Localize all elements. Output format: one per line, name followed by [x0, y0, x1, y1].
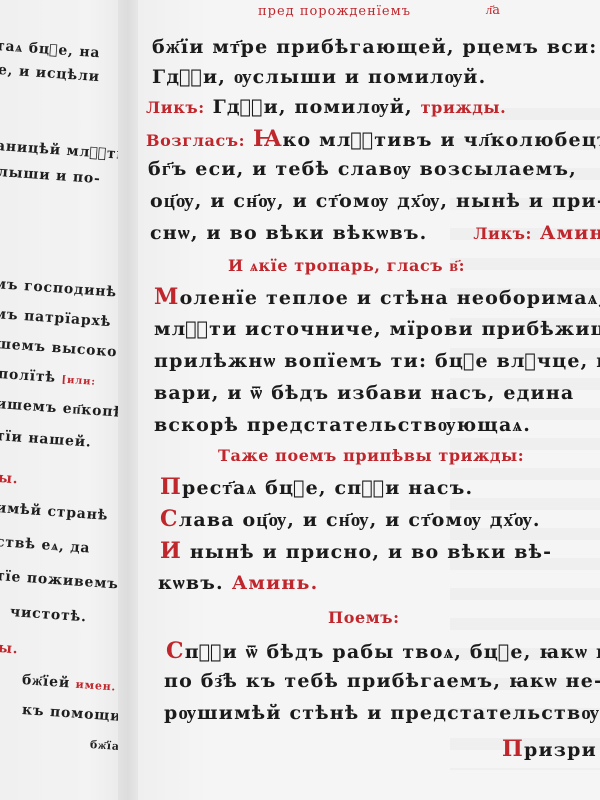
text-line: Слава оц҃ѹ, и сн҃ѹ, и ст҃омѹ дх҃ѹ.	[160, 506, 541, 532]
left-line: бж҃їей имен.	[21, 672, 116, 696]
page-number: л҃а	[486, 2, 500, 18]
left-line: ствѣ еѧ, да	[0, 534, 91, 558]
left-catchword: бж҃їа	[90, 738, 121, 753]
running-head: пред порожденїемъ	[258, 4, 411, 19]
left-rubric: ы.	[0, 470, 19, 487]
left-line: мъ господинѣ	[0, 276, 117, 301]
left-line: ишемъ еп҃копѣ]	[0, 396, 128, 422]
text-line: Моленїе теплое и стѣна необоримаѧ,	[154, 284, 600, 310]
rubric-line: Ликъ: Гдⷭ҇и, помилѹй, Гдⷭ҇и, помилѹй, тр…	[146, 96, 506, 119]
left-line: аницѣй млⷭ҇ти	[0, 138, 128, 163]
drop-initial: С	[160, 506, 179, 532]
left-line: лыши и по-	[0, 164, 101, 187]
drop-initial: П	[160, 474, 182, 500]
rubric-label: Возгласъ:	[146, 131, 245, 150]
text-line: оц҃ѹ, и сн҃ѹ, и ст҃омѹ дх҃ѹ, нынѣ и при-	[150, 190, 600, 213]
rubric-heading: Поемъ:	[328, 606, 400, 628]
left-line: имѣй странѣ	[0, 500, 109, 524]
drop-initial: И	[160, 538, 182, 564]
text-line: рѹшимѣй стѣнѣ и предстательствѹ.	[164, 702, 600, 725]
left-line: мъ патрїархѣ	[0, 306, 112, 330]
book-spread: таѧ бцⷣе, на е, и исцѣли аницѣй млⷭ҇ти л…	[0, 0, 600, 800]
left-line: шемъ высоко-	[0, 336, 124, 361]
text-line: Спⷭ҇и ѿ бѣдъ рабы твоѧ, бцⷣе, ꙗкѡ вси	[166, 638, 600, 664]
rubric-heading: Таже поемъ припѣвы трижды:	[218, 444, 524, 466]
text-line: кѡвъ. Аминь.	[158, 572, 318, 595]
rubric-heading: И ѧкїе тропарь, гласъ в҃:	[228, 254, 465, 276]
left-line: таѧ бцⷣе, на	[0, 38, 101, 62]
text-line: по бз҃ѣ къ тебѣ прибѣгаемъ, ꙗкѡ не-	[164, 670, 600, 693]
left-line: тїе поживемъ	[0, 568, 119, 593]
text-line: бж҃їи мт҃ре прибѣгающей, рцемъ вси:	[152, 36, 598, 59]
catchword: Призри	[502, 736, 597, 762]
left-page: таѧ бцⷣе, на е, и исцѣли аницѣй млⷭ҇ти л…	[0, 0, 128, 800]
text-line: млⷭ҇ти источниче, мїрови прибѣжище,	[154, 318, 600, 340]
text-line: вскорѣ предстательствѹющаѧ.	[154, 414, 531, 437]
left-line: тїи нашей.	[0, 428, 92, 451]
right-page: пред порожденїемъ л҃а бж҃їи мт҃ре прибѣг…	[138, 0, 600, 800]
left-line: е, и исцѣли	[0, 62, 100, 85]
text-line: вари, и ѿ бѣдъ избави насъ, едина	[154, 382, 574, 405]
drop-initial: П	[502, 736, 524, 762]
text-line: бг҃ъ еси, и тебѣ славѹ возсылаемъ,	[148, 158, 577, 181]
text-line: Возгласъ: Ꙗко млⷭ҇тивъ и чл҃колюбецъ	[146, 126, 600, 152]
drop-initial: Ꙗ	[253, 126, 283, 152]
text-line: Гдⷭ҇и, ѹслыши и помилѹй.	[152, 66, 486, 89]
drop-initial: С	[166, 638, 185, 664]
left-line: чистотѣ.	[9, 604, 87, 625]
text-line: Прест҃аѧ бцⷣе, спⷭ҇и насъ.	[160, 474, 473, 500]
left-line: къ помощи	[21, 702, 121, 725]
rubric-label: Ликъ:	[146, 98, 205, 117]
text-line: прилѣжнѡ вопїемъ ти: бцⷣе влⷣчце, пред-	[154, 350, 600, 373]
text-line: И нынѣ и присно, и во вѣки вѣ-	[160, 538, 552, 564]
left-rubric: ы.	[0, 640, 19, 657]
drop-initial: М	[154, 284, 180, 310]
left-line: полїтѣ [или:	[0, 366, 96, 389]
text-line: снѡ, и во вѣки вѣкѡвъ. Ликъ: Аминь.	[150, 222, 600, 245]
